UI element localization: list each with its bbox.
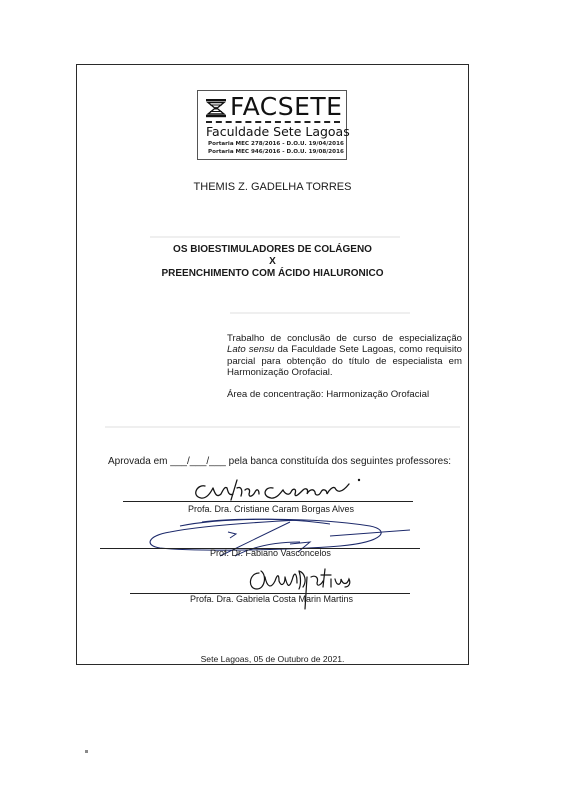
- concentration-area: Área de concentração: Harmonização Orofa…: [227, 389, 429, 400]
- logo-portaria-1: Portaria MEC 278/2016 - D.O.U. 19/04/201…: [208, 141, 342, 147]
- signature-line-1: [123, 501, 413, 502]
- committee-member-3: Profa. Dra. Gabriela Costa Marin Martins: [190, 594, 353, 604]
- committee-member-2: Prof. Dr. Fabiano Vasconcelos: [210, 548, 331, 558]
- thesis-title-line-1: OS BIOESTIMULADORES DE COLÁGENO: [76, 244, 469, 255]
- facsete-logo: FACSETE Faculdade Sete Lagoas Portaria M…: [197, 90, 347, 160]
- author-name: THEMIS Z. GADELHA TORRES: [76, 181, 469, 193]
- logo-subtitle: Faculdade Sete Lagoas: [206, 124, 342, 139]
- logo-portaria-2: Portaria MEC 946/2016 - D.O.U. 19/08/201…: [208, 149, 342, 155]
- logo-name: FACSETE: [230, 94, 342, 120]
- description-italic: Lato sensu: [227, 344, 274, 355]
- course-description: Trabalho de conclusão de curso de especi…: [227, 333, 462, 379]
- signature-3: [245, 563, 355, 613]
- approval-statement: Aprovada em ___/___/___ pela banca const…: [108, 456, 451, 467]
- facsete-emblem-icon: [206, 98, 226, 118]
- place-and-date: Sete Lagoas, 05 de Outubro de 2021.: [76, 654, 469, 664]
- thesis-title-line-2: X: [76, 256, 469, 267]
- thesis-title-line-3: PREENCHIMENTO COM ÁCIDO HIALURONICO: [76, 268, 469, 279]
- description-prefix: Trabalho de conclusão de curso de especi…: [227, 333, 462, 344]
- signature-1: [185, 474, 385, 504]
- logo-divider: [206, 121, 340, 123]
- scan-speck: [85, 750, 88, 753]
